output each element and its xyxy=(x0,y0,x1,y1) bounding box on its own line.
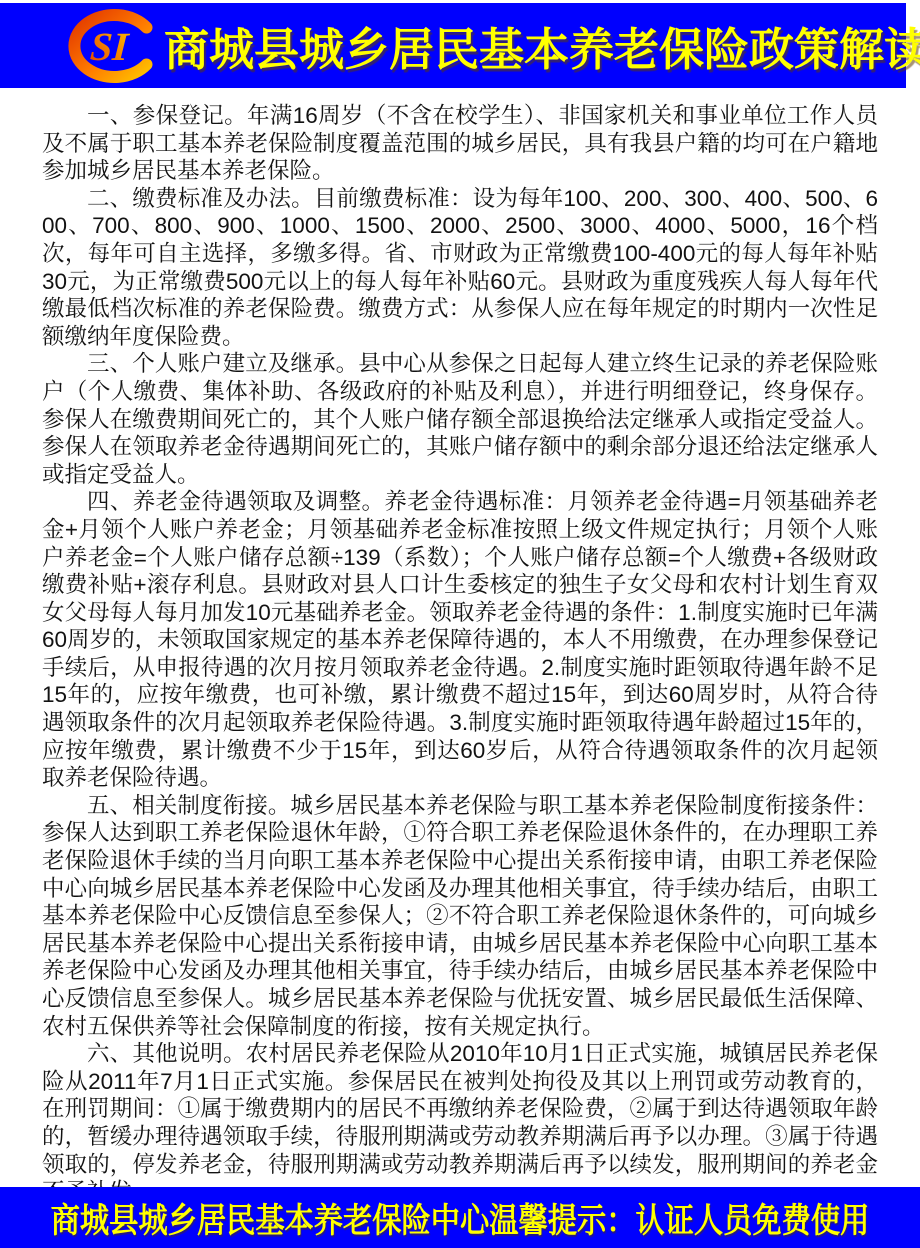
footer-banner: 商城县城乡居民基本养老保险中心温馨提示：认证人员免费使用 xyxy=(0,1187,920,1248)
policy-flyer-page: SI 商城县城乡居民基本养老保险政策解读 一、参保登记。年满16周岁（不含在校学… xyxy=(0,0,920,1248)
paragraph-personal-account: 三、个人账户建立及继承。县中心从参保之日起每人建立终生记录的养老保险账户（个人缴… xyxy=(42,350,878,488)
paragraph-other-notes: 六、其他说明。农村居民养老保险从2010年10月1日正式实施，城镇居民养老保险从… xyxy=(42,1040,878,1206)
header-banner: SI 商城县城乡居民基本养老保险政策解读 xyxy=(0,3,906,88)
social-insurance-logo-icon: SI xyxy=(64,6,164,86)
paragraph-registration: 一、参保登记。年满16周岁（不含在校学生）、非国家机关和事业单位工作人员及不属于… xyxy=(42,102,878,185)
paragraph-pension-benefits: 四、养老金待遇领取及调整。养老金待遇标准：月领养老金待遇=月领基础养老金+月领个… xyxy=(42,488,878,792)
logo-si-text: SI xyxy=(89,24,131,69)
paragraph-system-linkage: 五、相关制度衔接。城乡居民基本养老保险与职工基本养老保险制度衔接条件：参保人达到… xyxy=(42,792,878,1040)
page-title: 商城县城乡居民基本养老保险政策解读 xyxy=(164,13,920,78)
policy-text-block: 一、参保登记。年满16周岁（不含在校学生）、非国家机关和事业单位工作人员及不属于… xyxy=(42,102,878,1206)
paragraph-payment-standards: 二、缴费标准及办法。目前缴费标准：设为每年100、200、300、400、500… xyxy=(42,185,878,351)
footer-notice: 商城县城乡居民基本养老保险中心温馨提示：认证人员免费使用 xyxy=(51,1193,870,1242)
